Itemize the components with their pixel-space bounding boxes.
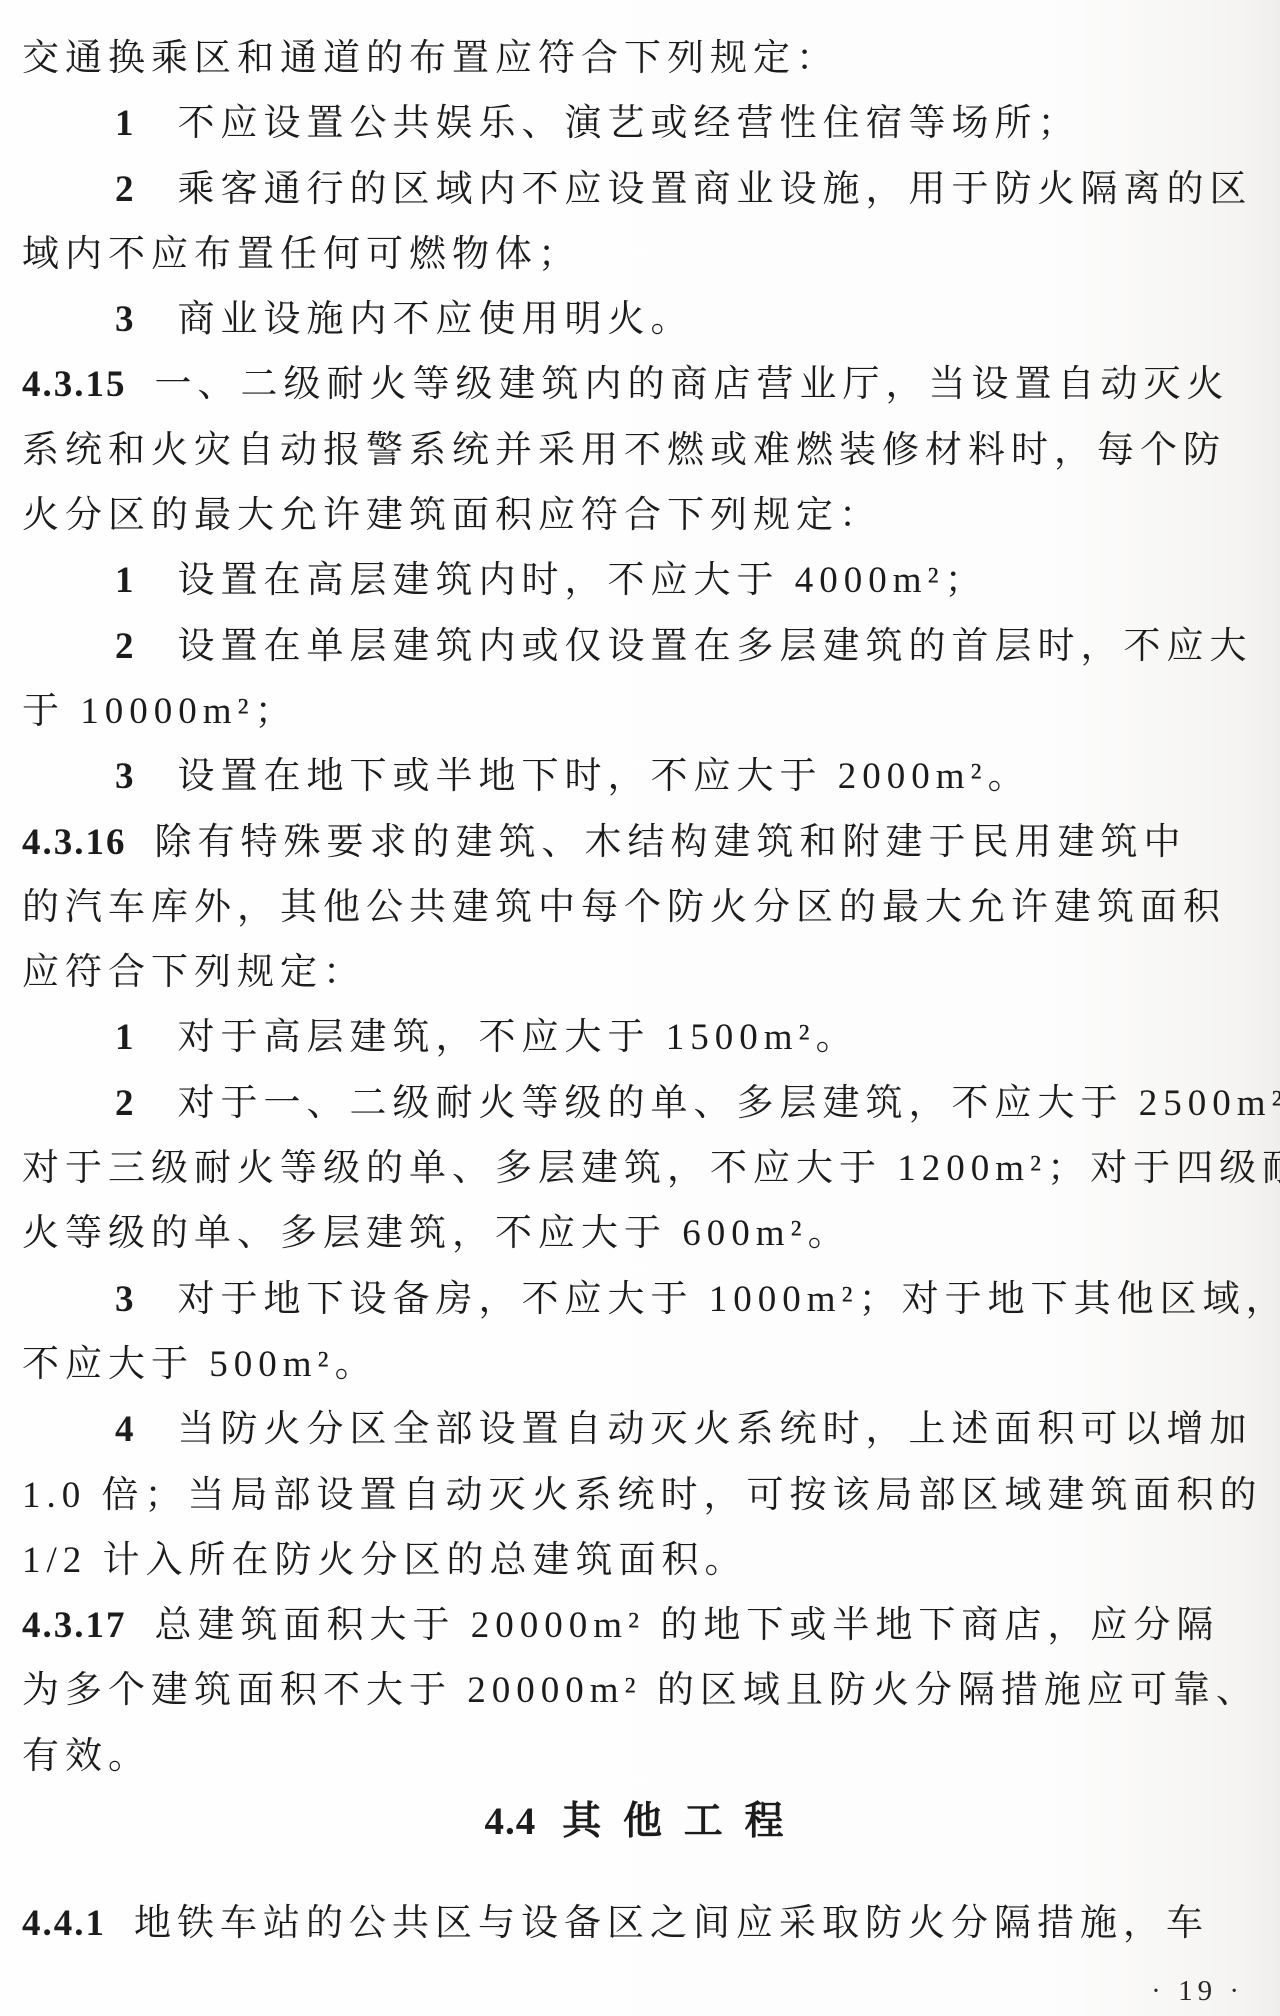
- line-text: 对于一、二级耐火等级的单、多层建筑，不应大于 2500m²；: [178, 1083, 1280, 1124]
- body-line-continuation: 交通换乘区和通道的布置应符合下列规定：: [22, 26, 1252, 91]
- body-line: 火等级的单、多层建筑，不应大于 600m²。: [22, 1201, 1252, 1266]
- clause-4-3-16: 4.3.16除有特殊要求的建筑、木结构建筑和附建于民用建筑中: [22, 810, 1252, 875]
- body-line: 域内不应布置任何可燃物体；: [22, 222, 1252, 287]
- line-text: 对于三级耐火等级的单、多层建筑，不应大于 1200m²；对于四级耐: [22, 1148, 1280, 1189]
- line-text: 域内不应布置任何可燃物体；: [22, 234, 581, 275]
- list-item-3: 3商业设施内不应使用明火。: [22, 287, 1252, 352]
- body-line: 系统和火灾自动报警系统并采用不燃或难燃装修材料时，每个防: [22, 418, 1252, 483]
- line-text: 火分区的最大允许建筑面积应符合下列规定：: [22, 495, 882, 536]
- clause-4-3-15: 4.3.15一、二级耐火等级建筑内的商店营业厅，当设置自动灭火: [22, 352, 1252, 417]
- body-line: 1.0 倍；当局部设置自动灭火系统时，可按该局部区域建筑面积的: [22, 1463, 1252, 1528]
- line-text: 总建筑面积大于 20000m² 的地下或半地下商店，应分隔: [155, 1605, 1220, 1646]
- section-title: 其 他 工 程: [562, 1800, 789, 1843]
- body-line: 火分区的最大允许建筑面积应符合下列规定：: [22, 483, 1252, 548]
- line-text: 商业设施内不应使用明火。: [178, 299, 694, 340]
- line-text: 乘客通行的区域内不应设置商业设施，用于防火隔离的区: [178, 169, 1253, 210]
- item-number: 1: [115, 560, 134, 601]
- list-item-1: 1设置在高层建筑内时，不应大于 4000m²；: [22, 548, 1252, 613]
- clause-number: 4.4.1: [22, 1903, 106, 1944]
- item-number: 3: [115, 756, 134, 797]
- clause-4-4-1: 4.4.1地铁车站的公共区与设备区之间应采取防火分隔措施，车: [22, 1891, 1252, 1956]
- line-text: 不应设置公共娱乐、演艺或经营性住宿等场所；: [178, 103, 1081, 144]
- item-number: 3: [115, 1279, 134, 1320]
- line-text: 的汽车库外，其他公共建筑中每个防火分区的最大允许建筑面积: [22, 887, 1226, 928]
- list-item-1: 1不应设置公共娱乐、演艺或经营性住宿等场所；: [22, 91, 1252, 156]
- clause-4-3-17: 4.3.17总建筑面积大于 20000m² 的地下或半地下商店，应分隔: [22, 1593, 1252, 1658]
- line-text: 应符合下列规定：: [22, 952, 366, 993]
- line-text: 地铁车站的公共区与设备区之间应采取防火分隔措施，车: [134, 1903, 1209, 1944]
- item-number: 1: [115, 103, 134, 144]
- body-line: 为多个建筑面积不大于 20000m² 的区域且防火分隔措施应可靠、: [22, 1658, 1252, 1723]
- line-text: 于 10000m²；: [22, 691, 298, 732]
- line-text: 火等级的单、多层建筑，不应大于 600m²。: [22, 1213, 851, 1254]
- line-text: 交通换乘区和通道的布置应符合下列规定：: [22, 38, 839, 79]
- line-text: 对于高层建筑，不应大于 1500m²。: [178, 1017, 859, 1058]
- document-page: 交通换乘区和通道的布置应符合下列规定： 1不应设置公共娱乐、演艺或经营性住宿等场…: [0, 0, 1280, 2016]
- line-text: 有效。: [22, 1736, 151, 1777]
- line-text: 设置在高层建筑内时，不应大于 4000m²；: [178, 560, 988, 601]
- body-line: 于 10000m²；: [22, 679, 1252, 744]
- list-item-3: 3设置在地下或半地下时，不应大于 2000m²。: [22, 744, 1252, 809]
- line-text: 1.0 倍；当局部设置自动灭火系统时，可按该局部区域建筑面积的: [22, 1475, 1263, 1516]
- item-number: 2: [115, 169, 134, 210]
- item-number: 1: [115, 1017, 134, 1058]
- line-text: 不应大于 500m²。: [22, 1344, 378, 1385]
- item-number: 3: [115, 299, 134, 340]
- line-text: 设置在单层建筑内或仅设置在多层建筑的首层时，不应大: [178, 626, 1253, 667]
- body-line: 应符合下列规定：: [22, 940, 1252, 1005]
- line-text: 除有特殊要求的建筑、木结构建筑和附建于民用建筑中: [155, 822, 1187, 863]
- item-number: 2: [115, 626, 134, 667]
- body-line: 对于三级耐火等级的单、多层建筑，不应大于 1200m²；对于四级耐: [22, 1136, 1252, 1201]
- line-text: 设置在地下或半地下时，不应大于 2000m²。: [178, 756, 1031, 797]
- line-text: 一、二级耐火等级建筑内的商店营业厅，当设置自动灭火: [155, 364, 1230, 405]
- clause-number: 4.3.15: [22, 364, 127, 405]
- body-line: 不应大于 500m²。: [22, 1332, 1252, 1397]
- line-text: 为多个建筑面积不大于 20000m² 的区域且防火分隔措施应可靠、: [22, 1670, 1259, 1711]
- clause-number: 4.3.17: [22, 1605, 127, 1646]
- body-line: 有效。: [22, 1724, 1252, 1789]
- line-text: 系统和火灾自动报警系统并采用不燃或难燃装修材料时，每个防: [22, 430, 1226, 471]
- item-number: 4: [115, 1409, 134, 1450]
- list-item-3: 3对于地下设备房，不应大于 1000m²；对于地下其他区域，: [22, 1267, 1252, 1332]
- page-number: · 19 ·: [1151, 1975, 1244, 2008]
- line-text: 当防火分区全部设置自动灭火系统时，上述面积可以增加: [178, 1409, 1253, 1450]
- item-number: 2: [115, 1083, 134, 1124]
- section-heading-4-4: 4.4其 他 工 程: [22, 1789, 1252, 1854]
- list-item-4: 4当防火分区全部设置自动灭火系统时，上述面积可以增加: [22, 1397, 1252, 1462]
- list-item-1: 1对于高层建筑，不应大于 1500m²。: [22, 1005, 1252, 1070]
- list-item-2: 2设置在单层建筑内或仅设置在多层建筑的首层时，不应大: [22, 614, 1252, 679]
- line-text: 对于地下设备房，不应大于 1000m²；对于地下其他区域，: [178, 1279, 1280, 1320]
- line-text: 1/2 计入所在防火分区的总建筑面积。: [22, 1540, 748, 1581]
- section-number: 4.4: [484, 1800, 536, 1843]
- body-line: 的汽车库外，其他公共建筑中每个防火分区的最大允许建筑面积: [22, 875, 1252, 940]
- clause-number: 4.3.16: [22, 822, 127, 863]
- list-item-2: 2对于一、二级耐火等级的单、多层建筑，不应大于 2500m²；: [22, 1071, 1252, 1136]
- list-item-2: 2乘客通行的区域内不应设置商业设施，用于防火隔离的区: [22, 157, 1252, 222]
- body-line: 1/2 计入所在防火分区的总建筑面积。: [22, 1528, 1252, 1593]
